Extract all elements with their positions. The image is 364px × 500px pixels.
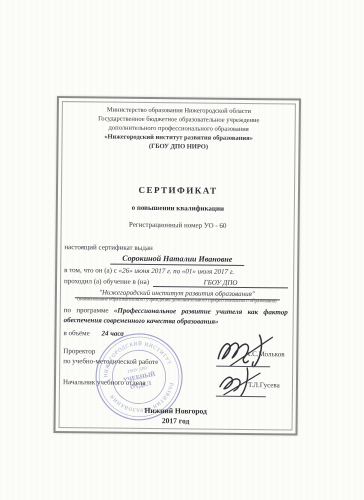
recipient-name: Сорокиной Наталии Ивановне (57, 253, 297, 267)
signatory1-role-line1: Проректор (63, 347, 95, 356)
document-title: СЕРТИФИКАТ (58, 184, 298, 197)
issuer-line-abbrev: (ГБОУ ДПО НИРО) (58, 141, 298, 153)
period-prefix: в том, что он (а) с (64, 266, 117, 275)
certificate-frame: Министерство образования Нижегородской о… (53, 96, 301, 436)
program-line: по программе «Профессиональное развитие … (64, 305, 288, 327)
signatory2-name: Т.Л.Гусева (248, 381, 280, 389)
training-period: в том, что он (а) с «26» июня 2017 г. по… (64, 266, 290, 276)
period-dates: «26» июня 2017 г. по «01» июля 2017 г. (119, 267, 235, 276)
training-place-line: проходил (а) обучение в (на) ГБОУ ДПО (64, 277, 288, 288)
scanned-certificate-page: Министерство образования Нижегородской о… (0, 0, 364, 500)
registration-number: Регистрационный номер УО - 60 (58, 220, 298, 231)
recipient-name-text: Сорокиной Наталии Ивановне (110, 254, 244, 266)
program-label: по программе (64, 306, 109, 314)
institution-short: ГБОУ ДПО (153, 278, 288, 288)
issuer-header: Министерство образования Нижегородской о… (58, 105, 298, 153)
issued-to-label: настоящий сертификат выдан (64, 243, 152, 253)
document-subtitle: о повышении квалификации (58, 203, 298, 214)
signatory1-name: А.С.Мольков (245, 350, 284, 358)
volume-label: в объёме (63, 329, 89, 337)
training-prefix: проходил (а) обучение в (на) (64, 277, 149, 287)
signatory1-role-line2: по учебно-методической работе (63, 357, 158, 367)
signatory2-role: Начальник учебного отдела (63, 378, 146, 388)
year-line: 2017 год (56, 415, 296, 427)
